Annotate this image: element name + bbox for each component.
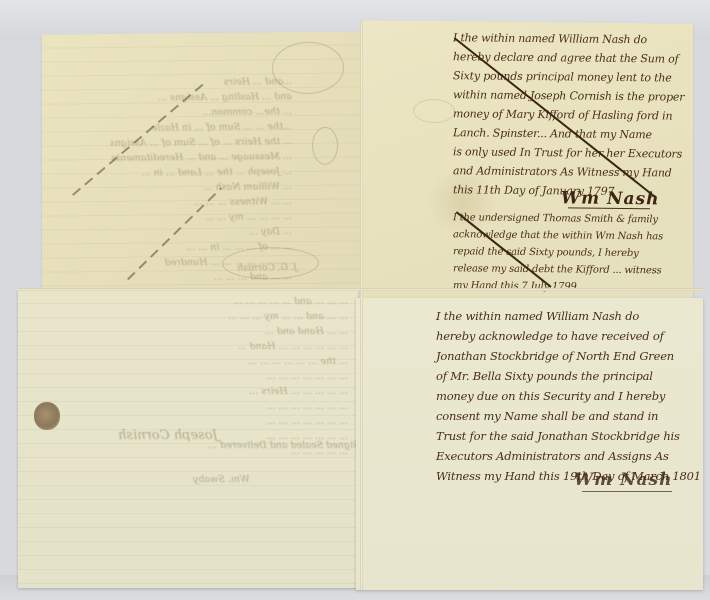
endorsement-line: money of Mary Kifford of Hasling ford in	[453, 104, 684, 125]
embossed-crest	[312, 127, 338, 165]
endorsement-line: within named Joseph Cornish is the prope…	[453, 85, 684, 106]
endorsement-line: I the within named William Nash do	[453, 28, 684, 49]
ink-bleed-mark	[413, 99, 455, 123]
reverse-text-top: ...and ... Heirs and ... Hasling ... Ass…	[42, 74, 292, 287]
reverse-line: ... ... ... ... ... ... Hand ...	[48, 339, 348, 354]
reverse-signature: Joseph Cornish	[118, 428, 218, 443]
endorsement-line: I the undersigned Thomas Smith & family	[453, 209, 663, 228]
endorsement-line: Sixty pounds principal money lent to the	[453, 66, 684, 87]
endorsement-line: Trust for the said Jonathan Stockbridge …	[436, 426, 701, 446]
endorsement-3: I the within named William Nash do hereb…	[436, 306, 701, 486]
reverse-line: ... the ... ... ... ... ... ...	[48, 354, 348, 369]
reverse-line: ... ... ... ... ... Heirs ...	[48, 384, 348, 399]
panel-top-left: ...and ... Heirs and ... Hasling ... Ass…	[42, 31, 362, 292]
horizontal-fold-crease	[18, 288, 703, 291]
endorsement-line: money due on this Security and I hereby	[436, 386, 701, 406]
reverse-line: ... ... ... and ... ... ... ... ...	[48, 294, 348, 309]
endorsement-line: and Administrators As Witness my Hand	[453, 161, 684, 182]
signature-underline	[568, 207, 650, 209]
signature-william-nash-1: Wm Nash	[561, 188, 659, 209]
reverse-witness: Wm. Swaby	[193, 472, 250, 487]
reverse-stamp-text: J. G. Cornish	[237, 260, 297, 276]
reverse-line: ... ... Hand and ...	[48, 324, 348, 339]
endorsement-line: consent my Name shall be and stand in	[436, 406, 701, 426]
reverse-line: ... ... and ... ... my ... ... ...	[48, 309, 348, 324]
wax-seal	[34, 402, 60, 430]
endorsement-line: I the within named William Nash do	[436, 306, 701, 326]
panel-bottom-right: I the within named William Nash do hereb…	[356, 298, 703, 590]
endorsement-line: of Mr. Bella Sixty pounds the principal	[436, 366, 701, 386]
endorsement-line: repaid the said Sixty pounds, I hereby	[453, 243, 663, 262]
endorsement-line: release my said debt the Kifford ... wit…	[453, 260, 663, 279]
reverse-line: ... ... ... ... ... ... ...	[48, 399, 348, 414]
panel-top-right: I the within named William Nash do hereb…	[363, 20, 693, 303]
endorsement-line: Executors Administrators and Assigns As	[436, 446, 701, 466]
endorsement-line: hereby acknowledge to have received of	[436, 326, 701, 346]
reverse-signed-line: Signed Sealed and Delivered ...	[208, 438, 358, 453]
signature-william-nash-3: Wm Nash	[574, 470, 672, 490]
endorsement-line: is only used In Trust for her her Execut…	[453, 142, 684, 163]
vertical-fold-crease	[360, 22, 363, 590]
endorsement-2: I the undersigned Thomas Smith & family …	[453, 209, 663, 296]
panel-bottom-left: ... ... ... and ... ... ... ... ... ... …	[18, 290, 358, 588]
reverse-line: ... ... ... ... ... ... ...	[48, 414, 348, 429]
endorsement-line: Jonathan Stockbridge of North End Green	[436, 346, 701, 366]
signature-underline	[582, 491, 672, 492]
endorsement-1: I the within named William Nash do hereb…	[453, 28, 684, 201]
reverse-line: ... ... ... ... ... ... ...	[48, 369, 348, 384]
